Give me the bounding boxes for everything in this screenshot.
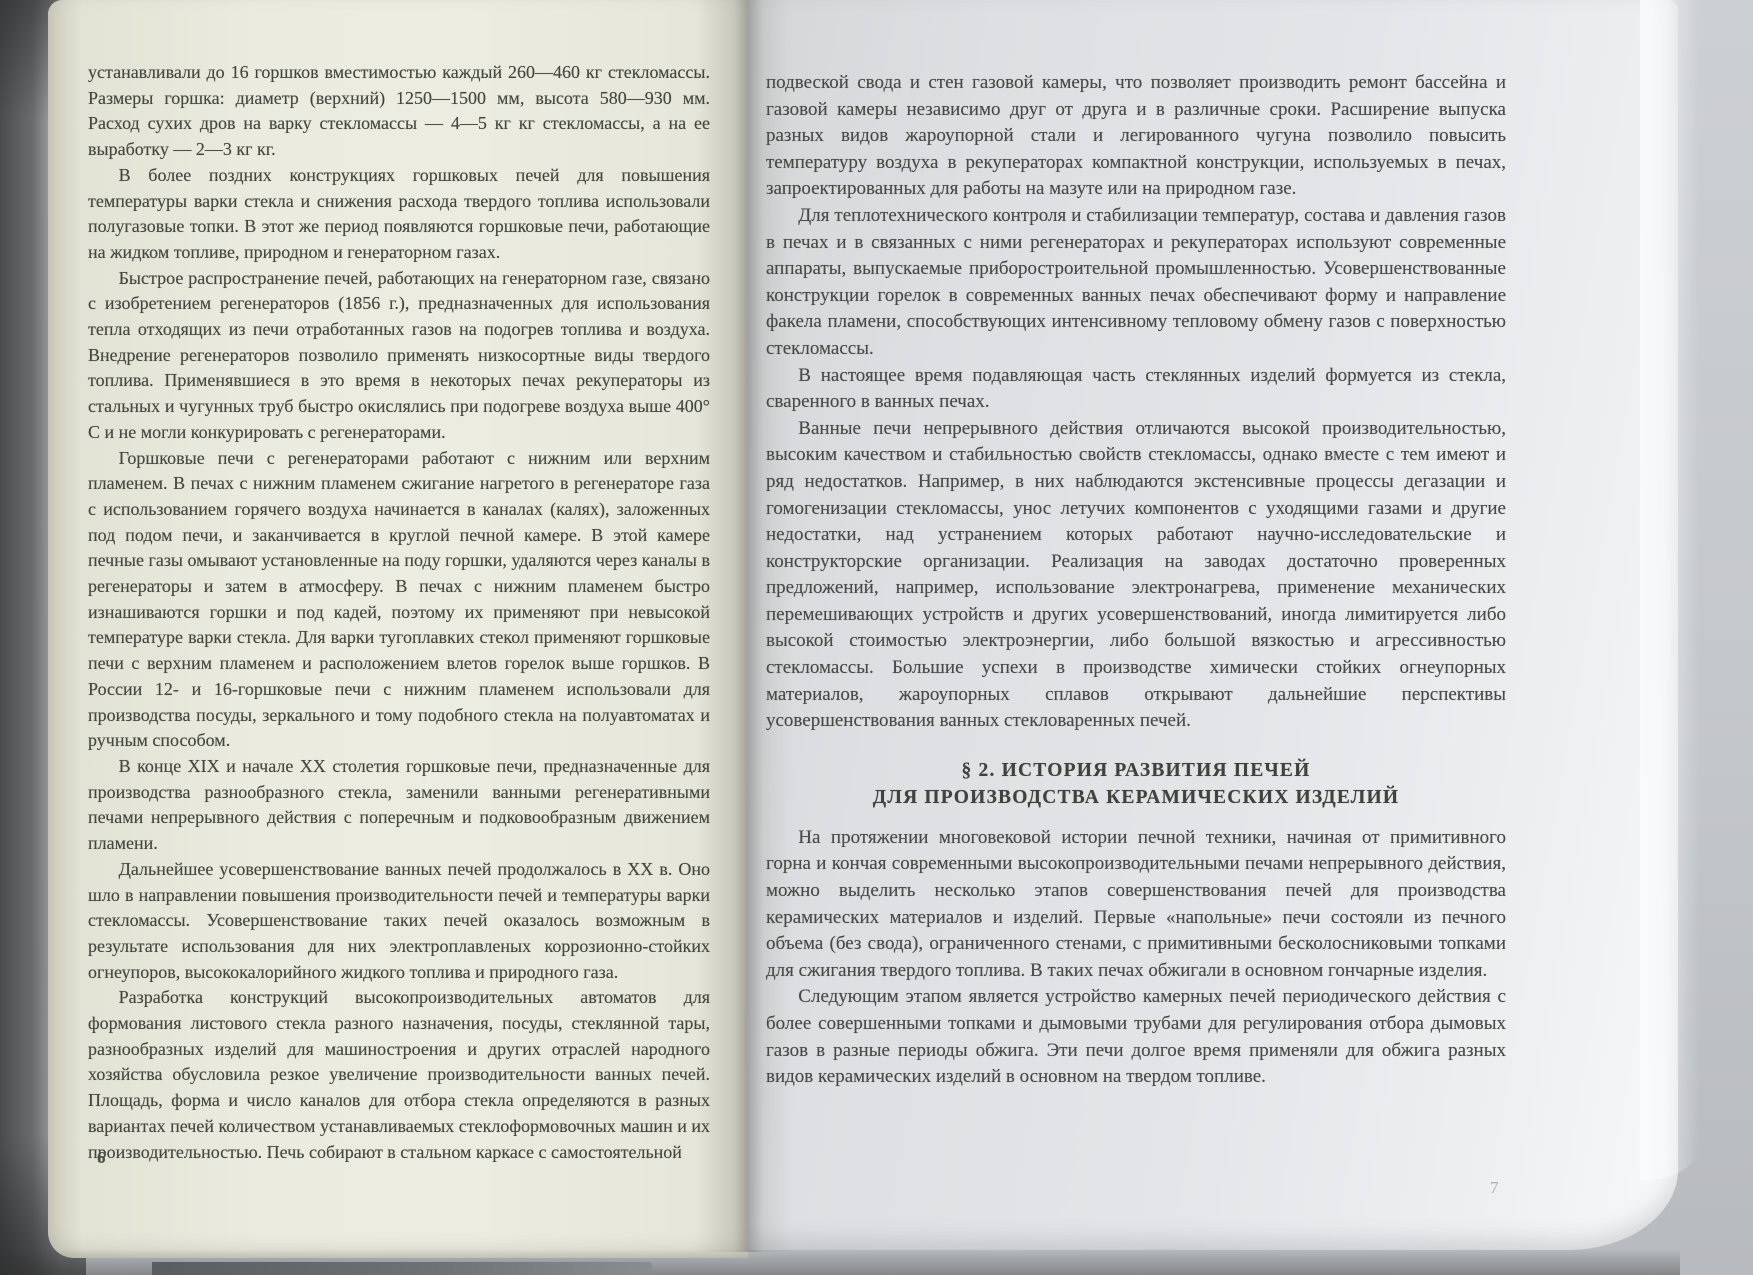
- paragraph: В более поздних конструкциях горшковых п…: [88, 163, 710, 266]
- paragraph: На протяжении многовековой истории печно…: [766, 825, 1506, 985]
- paragraph: Ванные печи непрерывного действия отлича…: [766, 416, 1506, 735]
- paragraph: устанавливали до 16 горшков вместимостью…: [88, 60, 710, 163]
- book-scan: устанавливали до 16 горшков вместимостью…: [0, 0, 1753, 1275]
- left-page-text-column: устанавливали до 16 горшков вместимостью…: [88, 60, 710, 1165]
- paragraph: Следующим этапом является устройство кам…: [766, 984, 1506, 1090]
- scan-bottom-strip: [152, 1262, 652, 1275]
- paragraph: Дальнейшее усовершенствование ванных печ…: [88, 857, 710, 986]
- page-number-left: 6: [97, 1148, 106, 1168]
- section-heading: § 2. ИСТОРИЯ РАЗВИТИЯ ПЕЧЕЙ ДЛЯ ПРОИЗВОД…: [766, 757, 1506, 811]
- right-page-text-column: подвеской свода и стен газовой камеры, ч…: [766, 70, 1506, 1091]
- section-heading-line-1: § 2. ИСТОРИЯ РАЗВИТИЯ ПЕЧЕЙ: [766, 757, 1506, 784]
- paragraph: В настоящее время подавляющая часть стек…: [766, 363, 1506, 416]
- page-number-right: 7: [1490, 1178, 1499, 1198]
- paragraph: Разработка конструкций высокопроизводите…: [88, 985, 710, 1165]
- paragraph: Для теплотехнического контроля и стабили…: [766, 203, 1506, 363]
- paragraph: подвеской свода и стен газовой камеры, ч…: [766, 70, 1506, 203]
- section-heading-line-2: ДЛЯ ПРОИЗВОДСТВА КЕРАМИЧЕСКИХ ИЗДЕЛИЙ: [766, 784, 1506, 811]
- paragraph: Быстрое распространение печей, работающи…: [88, 266, 710, 446]
- paragraph: Горшковые печи с регенераторами работают…: [88, 446, 710, 754]
- paragraph: В конце XIX и начале XX столетия горшков…: [88, 754, 710, 857]
